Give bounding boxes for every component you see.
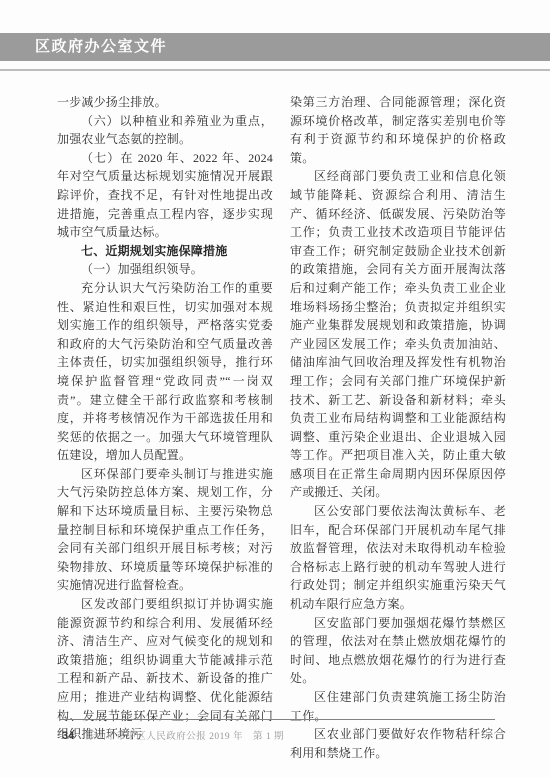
paragraph: 染第三方治理、合同能源管理；深化资源环境价格改革，制定落实差别电价等有利于资源节… — [290, 93, 506, 167]
left-column: 一步减少扬尘排放。（六）以种植业和养殖业为重点，加强农业气态氨的控制。（七）在 … — [57, 93, 273, 762]
document-body: 一步减少扬尘排放。（六）以种植业和养殖业为重点，加强农业气态氨的控制。（七）在 … — [57, 93, 506, 762]
paragraph: 充分认识大气污染防治工作的重要性、紧迫性和艰巨性，切实加强对本规划实施工作的组织… — [57, 279, 273, 465]
right-column: 染第三方治理、合同能源管理；深化资源环境价格改革，制定落实差别电价等有利于资源节… — [290, 93, 506, 762]
banner-title: 区政府办公室文件 — [0, 33, 550, 61]
paragraph: 一步减少扬尘排放。 — [57, 93, 273, 112]
publication-title: 乐山市市中区人民政府公报 2019 年 第 1 期 — [86, 732, 284, 742]
paragraph: 区公安部门要依法淘汰黄标车、老旧车，配合环保部门开展机动车尾气排放监督管理，依法… — [290, 502, 506, 614]
document-page: 区政府办公室文件 一步减少扬尘排放。（六）以种植业和养殖业为重点，加强农业气态氨… — [0, 0, 550, 777]
paragraph: （七）在 2020 年、2022 年、2024 年对空气质量达标规划实施情况开展… — [57, 149, 273, 242]
footer: 34 乐山市市中区人民政府公报 2019 年 第 1 期 — [62, 726, 284, 744]
paragraph: 区安监部门要加强烟花爆竹禁燃区的管理，依法对在禁止燃放烟花爆竹的时间、地点燃放烟… — [290, 614, 506, 688]
page-number: 34 — [62, 730, 74, 742]
paragraph: 区环保部门要牵头制订与推进实施大气污染防控总体方案、规划工作，分解和下达环境质量… — [57, 465, 273, 595]
header-divider — [0, 69, 550, 71]
document-category-banner: 区政府办公室文件 — [0, 33, 550, 61]
paragraph: 区农业部门要做好农作物秸秆综合利用和禁烧工作。 — [290, 725, 506, 762]
footer-divider — [60, 719, 495, 720]
paragraph: 区发改部门要组织拟订并协调实施能源资源节约和综合利用、发展循环经济、清洁生产、应… — [57, 595, 273, 744]
section-heading: 七、近期规划实施保障措施 — [57, 242, 273, 261]
paragraph: 区经商部门要负责工业和信息化领域节能降耗、资源综合利用、清洁生产、循环经济、低碳… — [290, 167, 506, 502]
paragraph: （六）以种植业和养殖业为重点，加强农业气态氨的控制。 — [57, 112, 273, 149]
paragraph: （一）加强组织领导。 — [57, 260, 273, 279]
